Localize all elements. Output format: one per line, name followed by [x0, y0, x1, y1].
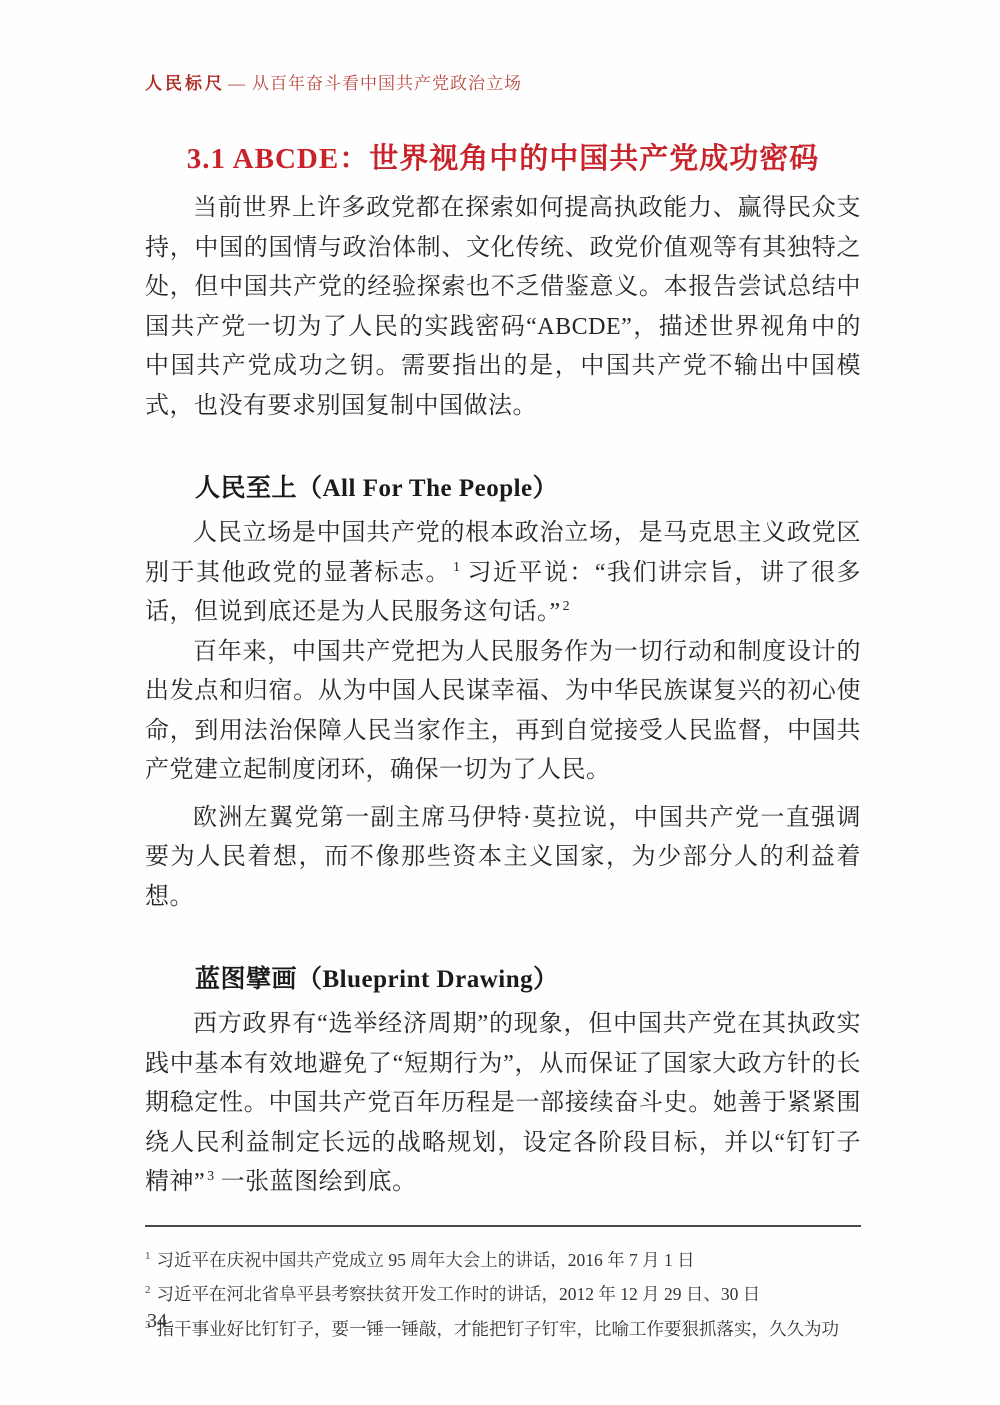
page-number: 34 [147, 1310, 167, 1333]
footnote-marker-1: 1 [145, 1250, 151, 1262]
footnote-2: 2习近平在河北省阜平县考察扶贫开发工作时的讲话，2012 年 12 月 29 日… [145, 1275, 861, 1310]
chapter-title: 3.1 ABCDE：世界视角中的中国共产党成功密码 [145, 136, 861, 177]
footnote-ref-2: 2 [563, 599, 571, 614]
footnote-text: 习近平在河北省阜平县考察扶贫开发工作时的讲话，2012 年 12 月 29 日、… [157, 1284, 761, 1304]
intro-paragraph: 当前世界上许多政党都在探索如何提高执政能力、赢得民众支持，中国的国情与政治体制、… [145, 189, 861, 426]
footnotes-section: 1习近平在庆祝中国共产党成立 95 周年大会上的讲话，2016 年 7 月 1 … [145, 1225, 861, 1345]
paragraph-people-1: 人民立场是中国共产党的根本政治立场，是马克思主义政党区别于其他政党的显著标志。1… [145, 514, 861, 633]
paragraph-people-3: 欧洲左翼党第一副主席马伊特·莫拉说，中国共产党一直强调要为人民着想，而不像那些资… [145, 799, 861, 918]
header-subtitle: 从百年奋斗看中国共产党政治立场 [252, 74, 522, 93]
footnote-text: 指干事业好比钉钉子，要一锤一锤敲，才能把钉子钉牢，比喻工作要狠抓落实，久久为功 [157, 1319, 840, 1339]
running-header: 人民标尺—从百年奋斗看中国共产党政治立场 [145, 72, 861, 96]
footnote-text: 习近平在庆祝中国共产党成立 95 周年大会上的讲话，2016 年 7 月 1 日 [157, 1249, 695, 1269]
page-content: 人民标尺—从百年奋斗看中国共产党政治立场 3.1 ABCDE：世界视角中的中国共… [145, 72, 861, 1345]
paragraph-people-2: 百年来，中国共产党把为人民服务作为一切行动和制度设计的出发点和归宿。从为中国人民… [145, 633, 861, 791]
footnote-3: 3指干事业好比钉钉子，要一锤一锤敲，才能把钉子钉牢，比喻工作要狠抓落实，久久为功 [145, 1310, 861, 1345]
footnote-ref-3: 3 [207, 1169, 215, 1184]
paragraph-text: 西方政界有“选举经济周期”的现象，但中国共产党在其执政实践中基本有效地避免了“短… [145, 1011, 861, 1195]
header-brand: 人民标尺 [145, 74, 225, 93]
footnote-marker-2: 2 [145, 1284, 151, 1296]
subsection-heading-people: 人民至上（All For The People） [145, 468, 861, 504]
paragraph-text: 一张蓝图绘到底。 [221, 1169, 417, 1195]
header-dash: — [228, 74, 245, 93]
footnote-ref-1: 1 [453, 560, 461, 575]
subsection-heading-blueprint: 蓝图擘画（Blueprint Drawing） [145, 959, 861, 995]
footnote-1: 1习近平在庆祝中国共产党成立 95 周年大会上的讲话，2016 年 7 月 1 … [145, 1241, 861, 1276]
document-page: 人民标尺—从百年奋斗看中国共产党政治立场 3.1 ABCDE：世界视角中的中国共… [0, 0, 1000, 1405]
paragraph-blueprint-1: 西方政界有“选举经济周期”的现象，但中国共产党在其执政实践中基本有效地避免了“短… [145, 1005, 861, 1203]
